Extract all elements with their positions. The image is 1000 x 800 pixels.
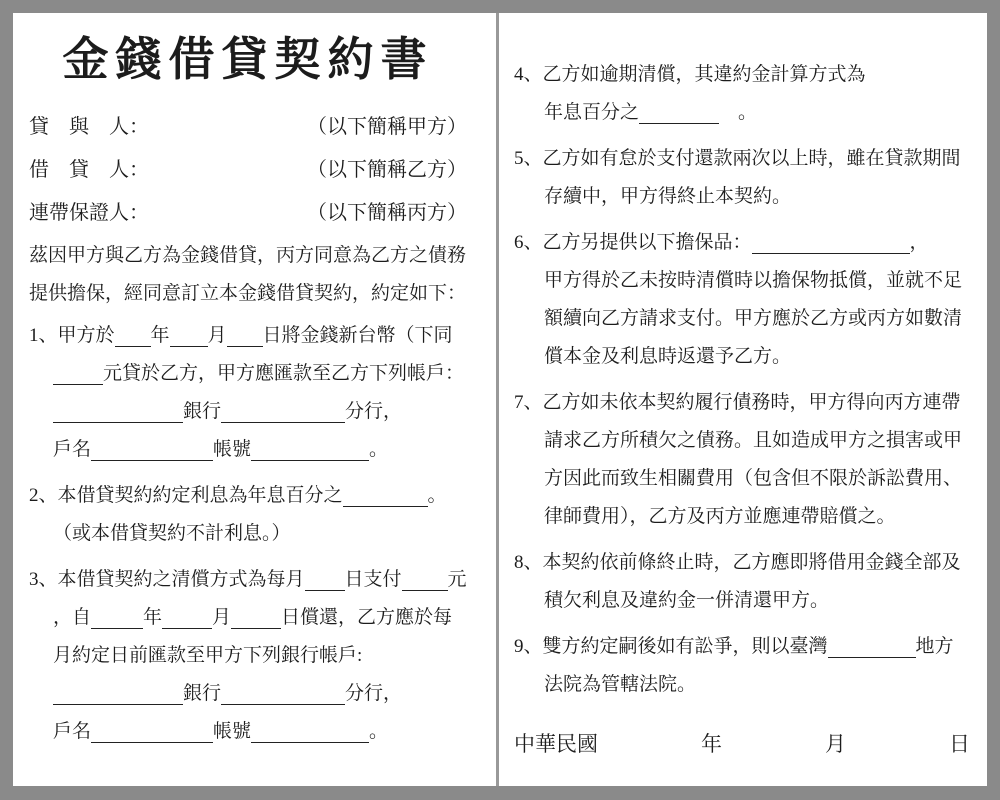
clause-text: 。	[369, 434, 388, 461]
party-alias-note: （以下簡稱乙方）	[307, 153, 467, 182]
clause-line: 4、乙方如逾期清償，其違約金計算方式為	[514, 53, 972, 91]
party-label: 連帶保證人：	[29, 196, 149, 225]
clause-line: 律師費用），乙方及丙方並應連帶賠償之。	[514, 495, 972, 533]
clause-line: ，自年月日償還，乙方應於每	[29, 596, 467, 634]
clause-line: 6、乙方另提供以下擔保品：，	[514, 221, 972, 259]
year-label: 年	[701, 728, 722, 758]
clause-line: 償本金及利息時返還予乙方。	[514, 335, 972, 373]
party-alias-note: （以下簡稱甲方）	[307, 110, 467, 139]
clause-line: 3、本借貸契約之清償方式為每月日支付元	[29, 558, 467, 596]
clause-text: 月約定日前匯款至甲方下列銀行帳戶:	[53, 640, 362, 667]
clause-text: 6、乙方另提供以下擔保品：	[514, 227, 752, 254]
clause-text: 銀行	[183, 678, 221, 705]
fill-in-blank	[752, 235, 910, 254]
clause-line: 銀行分行，	[29, 672, 467, 710]
party-row-lender: 貸 與 人： （以下簡稱甲方）	[29, 103, 467, 146]
fill-in-blank	[53, 404, 183, 423]
fill-in-blank	[828, 639, 916, 658]
clause-line: （或本借貸契約不計利息。）	[29, 512, 467, 550]
clause-text: 月	[212, 602, 231, 629]
clause-text: 5、乙方如有怠於支付還款兩次以上時，雖在貸款期間	[514, 143, 961, 170]
clause-line: 元貸於乙方，甲方應匯款至乙方下列帳戶：	[29, 352, 467, 390]
clause-line: 2、本借貸契約約定利息為年息百分之。	[29, 474, 467, 512]
preamble-line: 茲因甲方與乙方為金錢借貸，丙方同意為乙方之債務	[29, 234, 467, 272]
clause-line: 9、雙方約定嗣後如有訟爭，則以臺灣地方	[514, 625, 972, 663]
clause-text: 銀行	[183, 396, 221, 423]
clause-text: ，自	[53, 602, 91, 629]
clause-text: 日將金錢新台幣（下同	[263, 320, 453, 347]
clause-text: 戶名	[53, 716, 91, 743]
parties-section: 貸 與 人： （以下簡稱甲方） 借 貸 人： （以下簡稱乙方） 連帶保證人： （…	[29, 103, 467, 232]
clause-text: 7、乙方如未依本契約履行債務時，甲方得向丙方連帶	[514, 387, 961, 414]
fill-in-blank	[251, 724, 369, 743]
document-title: 金錢借貸契約書	[29, 23, 467, 89]
fill-in-blank	[91, 442, 213, 461]
preamble-line: 提供擔保，經同意訂立本金錢借貸契約，約定如下：	[29, 272, 467, 310]
month-label: 月	[825, 728, 846, 758]
fill-in-blank	[53, 686, 183, 705]
clause-text: 4、乙方如逾期清償，其違約金計算方式為	[514, 59, 866, 86]
fill-in-blank	[170, 328, 208, 347]
fill-in-blank	[115, 328, 151, 347]
fill-in-blank	[91, 724, 213, 743]
clause-text: 地方	[916, 631, 954, 658]
clause-text: 律師費用），乙方及丙方並應連帶賠償之。	[544, 501, 896, 528]
clause-text: 年	[151, 320, 170, 347]
fill-in-blank	[402, 572, 448, 591]
date-line: 中華民國 年 月 日	[514, 728, 972, 758]
clause-text: 。	[428, 480, 447, 507]
clause-text: 。	[719, 97, 757, 124]
clause-line: 額續向乙方請求支付。甲方應於乙方或丙方如數清	[514, 297, 972, 335]
party-label: 借 貸 人：	[29, 153, 149, 182]
fill-in-blank	[231, 610, 281, 629]
clause-line: 月約定日前匯款至甲方下列銀行帳戶:	[29, 634, 467, 672]
clause-line: 戶名帳號。	[29, 428, 467, 466]
fill-in-blank	[343, 488, 428, 507]
right-column: 4、乙方如逾期清償，其違約金計算方式為年息百分之 。5、乙方如有怠於支付還款兩次…	[514, 13, 972, 786]
clause-line: 年息百分之 。	[514, 91, 972, 129]
clause-line: 戶名帳號。	[29, 710, 467, 748]
clause-text: 償本金及利息時返還予乙方。	[544, 341, 791, 368]
clause-text: 帳號	[213, 434, 251, 461]
fill-in-blank	[251, 442, 369, 461]
clause-line: 7、乙方如未依本契約履行債務時，甲方得向丙方連帶	[514, 381, 972, 419]
clause-text: 元	[448, 564, 467, 591]
clause-text: 分行，	[345, 396, 402, 423]
fill-in-blank	[305, 572, 345, 591]
clause-line: 方因此而致生相關費用（包含但不限於訴訟費用、	[514, 457, 972, 495]
clauses-right: 4、乙方如逾期清償，其違約金計算方式為年息百分之 。5、乙方如有怠於支付還款兩次…	[514, 13, 972, 701]
clause-text: 9、雙方約定嗣後如有訟爭，則以臺灣	[514, 631, 828, 658]
clause-text: 日償還，乙方應於每	[281, 602, 452, 629]
fill-in-blank	[91, 610, 143, 629]
era-label: 中華民國	[514, 728, 598, 758]
fill-in-blank	[227, 328, 263, 347]
clause-text: 年	[143, 602, 162, 629]
clause-line: 甲方得於乙未按時清償時以擔保物抵償，並就不足	[514, 259, 972, 297]
fill-in-blank	[221, 686, 345, 705]
clause-text: 戶名	[53, 434, 91, 461]
clause-line: 8、本契約依前條終止時，乙方應即將借用金錢全部及	[514, 541, 972, 579]
fill-in-blank	[53, 366, 103, 385]
clause-text: 額續向乙方請求支付。甲方應於乙方或丙方如數清	[544, 303, 962, 330]
clause-text: 存續中，甲方得終止本契約。	[544, 181, 791, 208]
clause-text: 。	[369, 716, 388, 743]
clause-text: 2、本借貸契約約定利息為年息百分之	[29, 480, 343, 507]
party-alias-note: （以下簡稱丙方）	[307, 196, 467, 225]
day-label: 日	[949, 728, 970, 758]
left-column: 金錢借貸契約書 貸 與 人： （以下簡稱甲方） 借 貸 人： （以下簡稱乙方） …	[29, 13, 467, 786]
fill-in-blank	[162, 610, 212, 629]
clause-text: 法院為管轄法院。	[544, 669, 696, 696]
preamble: 茲因甲方與乙方為金錢借貸，丙方同意為乙方之債務 提供擔保，經同意訂立本金錢借貸契…	[29, 234, 467, 310]
clause-text: 月	[208, 320, 227, 347]
clause-line: 積欠利息及違約金一併清還甲方。	[514, 579, 972, 617]
clause-text: 甲方得於乙未按時清償時以擔保物抵償，並就不足	[544, 265, 962, 292]
clause-text: 3、本借貸契約之清償方式為每月	[29, 564, 305, 591]
clause-text: 積欠利息及違約金一併清還甲方。	[544, 585, 829, 612]
clause-text: 元貸於乙方，甲方應匯款至乙方下列帳戶：	[103, 358, 464, 385]
clause-text: 分行，	[345, 678, 402, 705]
clause-text: 請求乙方所積欠之債務。且如造成甲方之損害或甲	[544, 425, 962, 452]
party-row-borrower: 借 貸 人： （以下簡稱乙方）	[29, 146, 467, 189]
clause-text: 帳號	[213, 716, 251, 743]
clause-line: 存續中，甲方得終止本契約。	[514, 175, 972, 213]
contract-paper: 金錢借貸契約書 貸 與 人： （以下簡稱甲方） 借 貸 人： （以下簡稱乙方） …	[13, 13, 987, 786]
clause-line: 法院為管轄法院。	[514, 663, 972, 701]
clause-text: 8、本契約依前條終止時，乙方應即將借用金錢全部及	[514, 547, 961, 574]
column-divider	[496, 13, 499, 786]
clause-line: 1、甲方於年月日將金錢新台幣（下同	[29, 314, 467, 352]
clause-text: 方因此而致生相關費用（包含但不限於訴訟費用、	[544, 463, 962, 490]
fill-in-blank	[639, 105, 719, 124]
clause-line: 5、乙方如有怠於支付還款兩次以上時，雖在貸款期間	[514, 137, 972, 175]
clause-line: 銀行分行，	[29, 390, 467, 428]
party-label: 貸 與 人：	[29, 110, 149, 139]
fill-in-blank	[221, 404, 345, 423]
clause-text: 年息百分之	[544, 97, 639, 124]
clause-line: 請求乙方所積欠之債務。且如造成甲方之損害或甲	[514, 419, 972, 457]
clause-text: 日支付	[345, 564, 402, 591]
clause-text: 1、甲方於	[29, 320, 115, 347]
clauses-left: 1、甲方於年月日將金錢新台幣（下同元貸於乙方，甲方應匯款至乙方下列帳戶：銀行分行…	[29, 314, 467, 748]
clause-text: （或本借貸契約不計利息。）	[53, 518, 291, 545]
clause-text: ，	[910, 227, 929, 254]
party-row-guarantor: 連帶保證人： （以下簡稱丙方）	[29, 189, 467, 232]
